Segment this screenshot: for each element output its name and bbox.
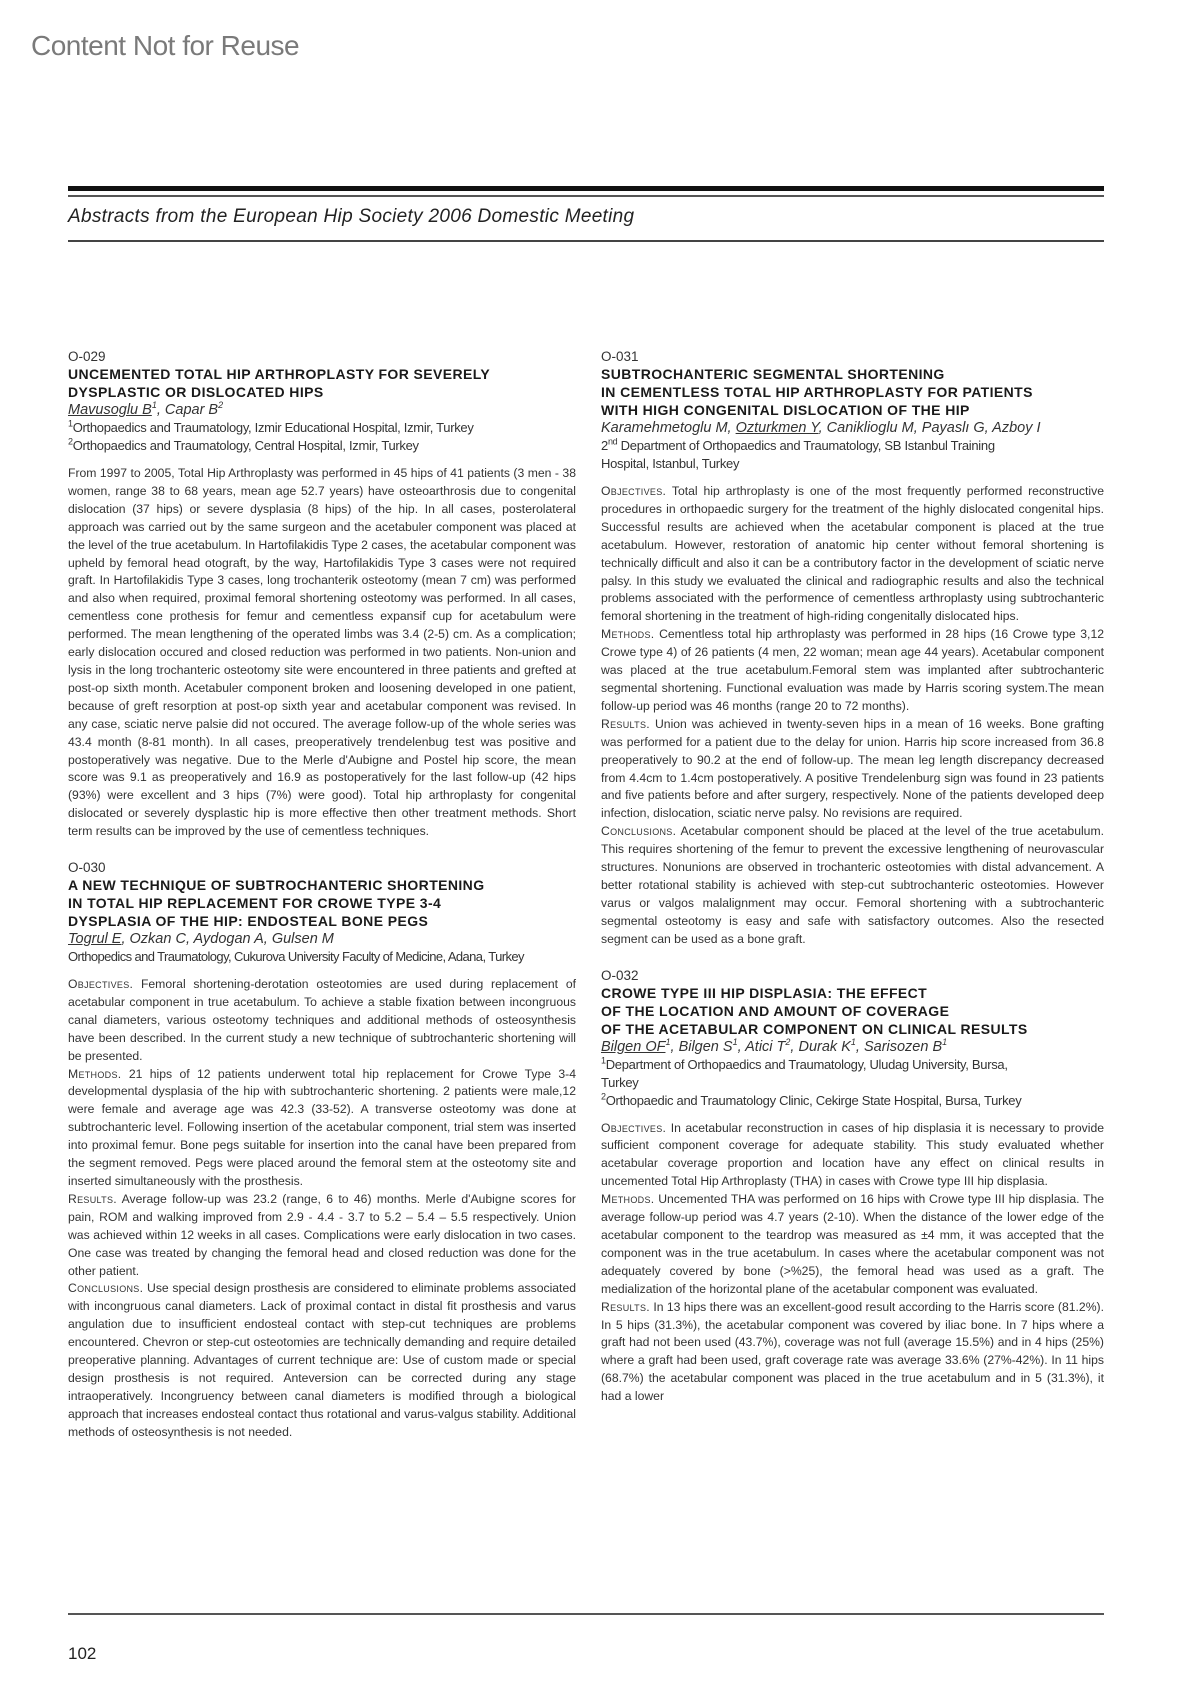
section-text: Uncemented THA was performed on 16 hips …	[601, 1192, 1104, 1296]
section-text: Average follow-up was 23.2 (range, 6 to …	[68, 1192, 576, 1278]
page-number: 102	[68, 1644, 96, 1664]
abstract-o-029: O-029 UNCEMENTED TOTAL HIP ARTHROPLASTY …	[68, 348, 576, 841]
abstract-title-line: IN CEMENTLESS TOTAL HIP ARTHROPLASTY FOR…	[601, 383, 1104, 401]
abstract-title-line: OF THE ACETABULAR COMPONENT ON CLINICAL …	[601, 1020, 1104, 1038]
abstract-authors: Togrul E, Ozkan C, Aydogan A, Gulsen M	[68, 930, 576, 948]
author: Atici T	[745, 1039, 785, 1055]
section-text: Union was achieved in twenty-seven hips …	[601, 717, 1104, 821]
abstract-authors: Karamehmetoglu M, Ozturkmen Y, Canikliog…	[601, 419, 1041, 437]
section-label: Methods.	[68, 1067, 121, 1081]
abstract-body: From 1997 to 2005, Total Hip Arthroplast…	[68, 465, 576, 841]
abstract-section-objectives: Objectives. In acetabular reconstruction…	[601, 1120, 1104, 1192]
footer-rule	[68, 1613, 1104, 1615]
author: Gulsen M	[272, 931, 334, 947]
section-label: Objectives.	[68, 977, 133, 991]
author: Karamehmetoglu M	[601, 420, 728, 436]
abstract-section-conclusions: Conclusions. Acetabular component should…	[601, 823, 1104, 948]
abstract-body: Objectives. In acetabular reconstruction…	[601, 1120, 1104, 1407]
abstract-id: O-029	[68, 348, 576, 365]
abstract-id: O-032	[601, 967, 1104, 984]
section-label: Results.	[601, 1300, 650, 1314]
section-label: Results.	[68, 1192, 117, 1206]
section-label: Methods.	[601, 1192, 654, 1206]
author: Durak K	[798, 1039, 850, 1055]
section-text: Use special design prosthesis are consid…	[68, 1281, 576, 1438]
affiliation: 2Orthopaedic and Traumatology Clinic, Ce…	[601, 1092, 1104, 1110]
affiliation: 1Orthopaedics and Traumatology, Izmir Ed…	[68, 419, 576, 437]
affiliation: Orthopedics and Traumatology, Cukurova U…	[68, 948, 576, 966]
author: Azboy I	[992, 420, 1040, 436]
author-presenter: Mavusoglu B	[68, 402, 152, 418]
abstract-o-031: O-031 SUBTROCHANTERIC SEGMENTAL SHORTENI…	[601, 348, 1104, 949]
abstract-body: Objectives. Total hip arthroplasty is on…	[601, 483, 1104, 949]
abstract-o-032: O-032 CROWE TYPE III HIP DISPLASIA: THE …	[601, 967, 1104, 1407]
author-presenter: Bilgen OF	[601, 1039, 665, 1055]
abstract-title: SUBTROCHANTERIC SEGMENTAL SHORTENING IN …	[601, 365, 1104, 419]
abstract-title-line: DYSPLASIA OF THE HIP: ENDOSTEAL BONE PEG…	[68, 912, 576, 930]
section-text: Cementless total hip arthroplasty was pe…	[601, 627, 1104, 713]
author-sep: ,	[728, 420, 736, 436]
author-sep: ,	[738, 1039, 746, 1055]
abstract-authors: Bilgen OF1, Bilgen S1, Atici T2, Durak K…	[601, 1038, 1104, 1056]
section-text: In 13 hips there was an excellent-good r…	[601, 1300, 1104, 1404]
abstract-title-line: DYSPLASTIC OR DISLOCATED HIPS	[68, 383, 576, 401]
abstract-o-030: O-030 A NEW TECHNIQUE OF SUBTROCHANTERIC…	[68, 859, 576, 1442]
abstract-paragraph: From 1997 to 2005, Total Hip Arthroplast…	[68, 465, 576, 841]
abstract-section-results: Results. In 13 hips there was an excelle…	[601, 1299, 1104, 1406]
abstract-section-results: Results. Average follow-up was 23.2 (ran…	[68, 1191, 576, 1281]
affil-text: Department of Orthopaedics and Traumatol…	[601, 438, 995, 471]
left-column: O-029 UNCEMENTED TOTAL HIP ARTHROPLASTY …	[68, 348, 576, 1460]
author-sep: ,	[671, 1039, 679, 1055]
author-sep: ,	[914, 420, 922, 436]
author: Bilgen S	[679, 1039, 733, 1055]
section-text: Acetabular component should be placed at…	[601, 824, 1104, 945]
abstract-section-objectives: Objectives. Femoral shortening-derotatio…	[68, 976, 576, 1066]
affiliation: 1Department of Orthopaedics and Traumato…	[601, 1056, 1041, 1092]
header-rule-thin	[68, 195, 1104, 197]
affil-text: Orthopaedics and Traumatology, Central H…	[73, 438, 419, 453]
watermark-text: Content Not for Reuse	[31, 30, 299, 62]
abstract-authors: Mavusoglu B1, Capar B2	[68, 401, 576, 419]
abstract-title: UNCEMENTED TOTAL HIP ARTHROPLASTY FOR SE…	[68, 365, 576, 401]
abstract-title-line: OF THE LOCATION AND AMOUNT OF COVERAGE	[601, 1002, 1104, 1020]
abstract-title: CROWE TYPE III HIP DISPLASIA: THE EFFECT…	[601, 984, 1104, 1038]
abstract-section-methods: Methods. Uncemented THA was performed on…	[601, 1191, 1104, 1298]
abstract-id: O-030	[68, 859, 576, 876]
section-label: Objectives.	[601, 484, 666, 498]
author-sep: ,	[121, 931, 129, 947]
abstract-title-line: WITH HIGH CONGENITAL DISLOCATION OF THE …	[601, 401, 1104, 419]
abstract-section-methods: Methods. Cementless total hip arthroplas…	[601, 626, 1104, 716]
abstract-section-methods: Methods. 21 hips of 12 patients underwen…	[68, 1066, 576, 1191]
author: Caniklioglu M	[827, 420, 914, 436]
author-sep: ,	[856, 1039, 864, 1055]
section-label: Conclusions.	[68, 1281, 143, 1295]
abstract-body: Objectives. Femoral shortening-derotatio…	[68, 976, 576, 1442]
section-text: Total hip arthroplasty is one of the mos…	[601, 484, 1104, 623]
section-label: Methods.	[601, 627, 654, 641]
header-rule-bottom	[68, 240, 1104, 242]
affil-prefix: 2	[601, 438, 608, 453]
section-label: Objectives.	[601, 1121, 666, 1135]
abstract-title-line: A NEW TECHNIQUE OF SUBTROCHANTERIC SHORT…	[68, 876, 576, 894]
abstract-section-objectives: Objectives. Total hip arthroplasty is on…	[601, 483, 1104, 626]
section-label: Results.	[601, 717, 650, 731]
abstract-title-line: IN TOTAL HIP REPLACEMENT FOR CROWE TYPE …	[68, 894, 576, 912]
abstract-title: A NEW TECHNIQUE OF SUBTROCHANTERIC SHORT…	[68, 876, 576, 930]
abstract-id: O-031	[601, 348, 1104, 365]
author: Payaslı G	[922, 420, 985, 436]
author: Ozkan C	[130, 931, 186, 947]
author-sep: ,	[819, 420, 827, 436]
affil-text: Orthopaedic and Traumatology Clinic, Cek…	[606, 1093, 1022, 1108]
author-affil-sup: 1	[942, 1037, 947, 1047]
abstract-section-results: Results. Union was achieved in twenty-se…	[601, 716, 1104, 823]
affil-text: Department of Orthopaedics and Traumatol…	[601, 1057, 1008, 1090]
abstract-title-line: UNCEMENTED TOTAL HIP ARTHROPLASTY FOR SE…	[68, 365, 576, 383]
affiliation: 2Orthopaedics and Traumatology, Central …	[68, 437, 576, 455]
section-text: 21 hips of 12 patients underwent total h…	[68, 1067, 576, 1188]
affil-text: Orthopaedics and Traumatology, Izmir Edu…	[73, 420, 474, 435]
author: Capar B	[165, 402, 218, 418]
author: Aydogan A	[193, 931, 263, 947]
author-affil-sup: 2	[218, 400, 223, 410]
section-text: In acetabular reconstruction in cases of…	[601, 1121, 1104, 1189]
section-text: Femoral shortening-derotation osteotomie…	[68, 977, 576, 1063]
header-rule-thick	[68, 186, 1104, 191]
author: Sarisozen B	[864, 1039, 942, 1055]
section-label: Conclusions.	[601, 824, 676, 838]
running-header-title: Abstracts from the European Hip Society …	[68, 206, 634, 228]
affil-prefix-sup: nd	[608, 437, 617, 447]
abstract-title-line: SUBTROCHANTERIC SEGMENTAL SHORTENING	[601, 365, 1104, 383]
abstract-title-line: CROWE TYPE III HIP DISPLASIA: THE EFFECT	[601, 984, 1104, 1002]
author-presenter: Ozturkmen Y	[736, 420, 819, 436]
right-column: O-031 SUBTROCHANTERIC SEGMENTAL SHORTENI…	[601, 348, 1104, 1424]
abstract-section-conclusions: Conclusions. Use special design prosthes…	[68, 1280, 576, 1441]
author-sep: ,	[264, 931, 272, 947]
author-presenter: Togrul E	[68, 931, 121, 947]
affiliation: 2nd Department of Orthopaedics and Traum…	[601, 437, 1041, 473]
author-sep: ,	[157, 402, 165, 418]
